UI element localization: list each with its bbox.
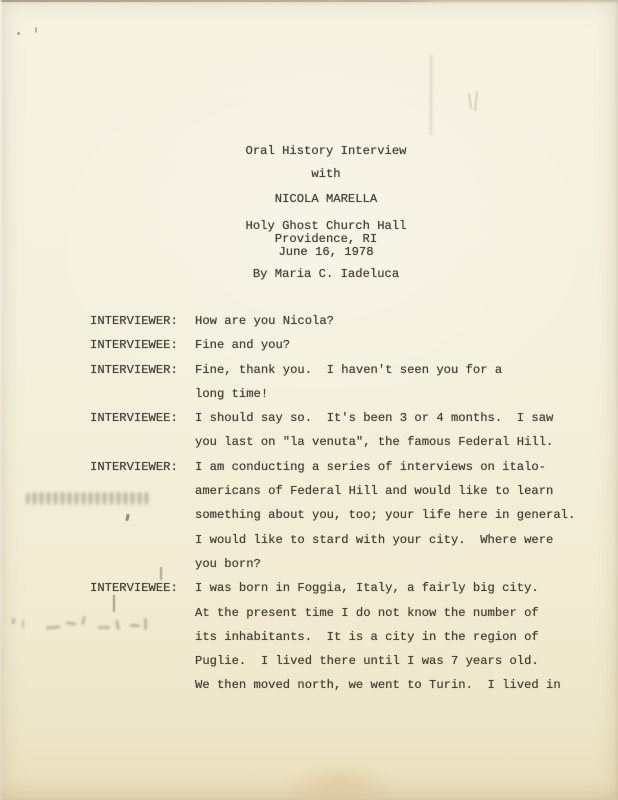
transcript-line: INTERVIEWEE:Fine and you?	[90, 333, 612, 357]
transcript: INTERVIEWER:How are you Nicola?INTERVIEW…	[90, 309, 612, 698]
transcript-line: INTERVIEWEE:I should say so. It's been 3…	[90, 406, 612, 430]
speech-text: long time!	[195, 387, 268, 401]
transcript-line: americans of Federal Hill and would like…	[90, 479, 612, 503]
scan-speck	[35, 27, 37, 33]
transcript-line: INTERVIEWER:Fine, thank you. I haven't s…	[90, 358, 612, 382]
transcript-line: you born?	[90, 552, 612, 576]
speaker-label: INTERVIEWEE:	[90, 576, 195, 600]
speech-text: I am conducting a series of interviews o…	[195, 460, 546, 474]
transcript-line: Puglie. I lived there until I was 7 year…	[90, 649, 612, 673]
speech-text: I should say so. It's been 3 or 4 months…	[195, 411, 553, 425]
transcript-line: We then moved north, we went to Turin. I…	[90, 673, 612, 697]
speech-text: I was born in Foggia, Italy, a fairly bi…	[195, 581, 539, 595]
speaker-label: INTERVIEWEE:	[90, 406, 195, 430]
speech-text: Fine, thank you. I haven't seen you for …	[195, 363, 502, 377]
transcript-line: I would like to stard with your city. Wh…	[90, 528, 612, 552]
transcript-line: INTERVIEWEE:I was born in Foggia, Italy,…	[90, 576, 612, 600]
speech-text: americans of Federal Hill and would like…	[195, 484, 553, 498]
interview-date: June 16, 1978	[34, 245, 618, 260]
transcript-line: long time!	[90, 382, 612, 406]
document-title: Oral History Interview	[34, 144, 618, 159]
transcript-line: INTERVIEWER:How are you Nicola?	[90, 309, 612, 333]
transcript-line: something about you, too; your life here…	[90, 503, 612, 527]
speech-text: Puglie. I lived there until I was 7 year…	[195, 654, 539, 668]
speech-text: At the present time I do not know the nu…	[195, 606, 539, 620]
speech-text: you born?	[195, 557, 261, 571]
speech-text: you last on "la venuta", the famous Fede…	[195, 435, 553, 449]
speaker-label: INTERVIEWEE:	[90, 333, 195, 357]
speech-text: something about you, too; your life here…	[195, 508, 575, 522]
scanned-document-page: Oral History Interview with NICOLA MAREL…	[0, 0, 618, 800]
document-subtitle: with	[34, 167, 618, 182]
speech-text: We then moved north, we went to Turin. I…	[195, 678, 561, 692]
scan-speck	[17, 32, 20, 35]
byline: By Maria C. Iadeluca	[34, 267, 618, 282]
transcript-line: At the present time I do not know the nu…	[90, 601, 612, 625]
speech-text: I would like to stard with your city. Wh…	[195, 533, 553, 547]
speech-text: How are you Nicola?	[195, 314, 334, 328]
transcript-line: you last on "la venuta", the famous Fede…	[90, 430, 612, 454]
scan-streak	[430, 55, 432, 135]
pencil-mark	[466, 91, 482, 113]
paper-stain	[285, 763, 395, 800]
scan-edge-top	[0, 0, 618, 2]
speaker-label: INTERVIEWER:	[90, 358, 195, 382]
speaker-label: INTERVIEWER:	[90, 455, 195, 479]
speech-text: Fine and you?	[195, 338, 290, 352]
speaker-label: INTERVIEWER:	[90, 309, 195, 333]
transcript-line: INTERVIEWER:I am conducting a series of …	[90, 455, 612, 479]
transcript-line: its inhabitants. It is a city in the reg…	[90, 625, 612, 649]
scan-edge-left	[0, 0, 2, 800]
interviewee-name: NICOLA MARELLA	[34, 192, 618, 207]
speech-text: its inhabitants. It is a city in the reg…	[195, 630, 539, 644]
